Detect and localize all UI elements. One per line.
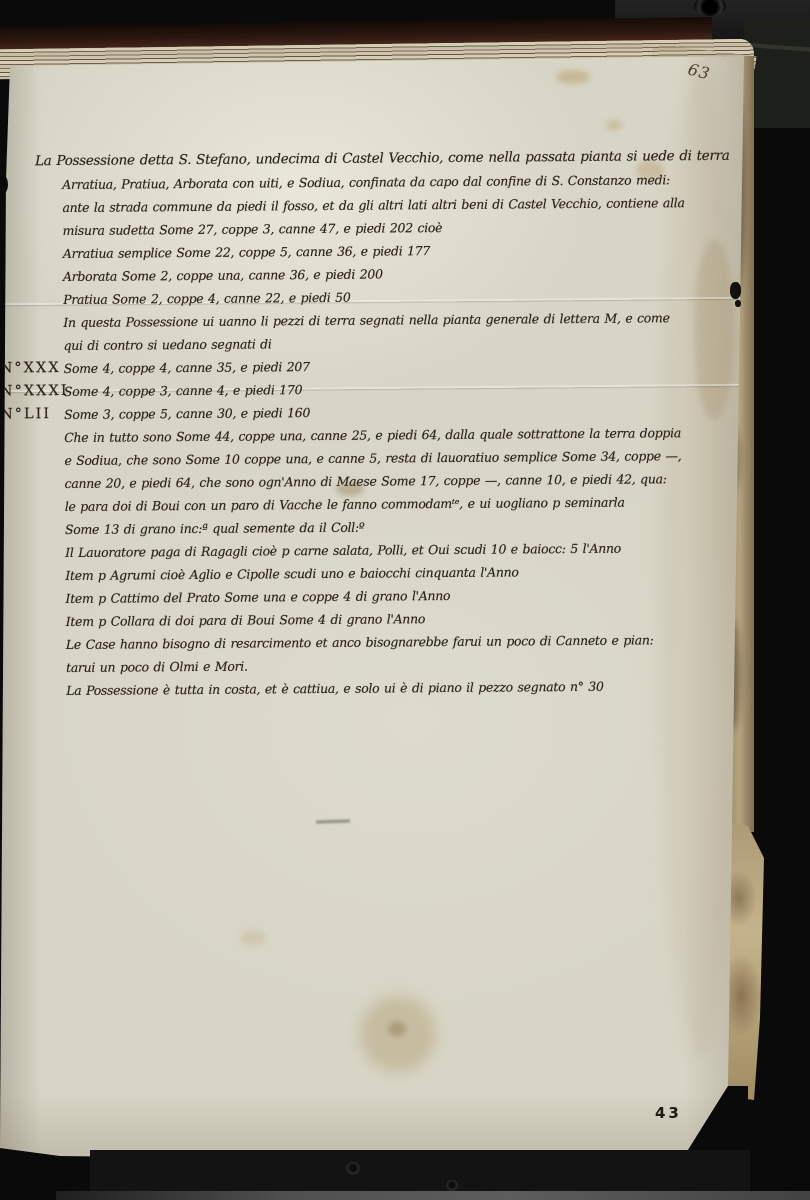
line-text: Pratiua Some 2, coppe 4, canne 22, e pie… — [63, 286, 350, 311]
line-text: Item p Collara di doi para di Boui Some … — [66, 607, 425, 633]
cradle-screw-icon — [346, 1162, 360, 1175]
binding-mark — [0, 176, 8, 193]
line-text: Item p Cattimo del Prato Some una e copp… — [65, 584, 450, 610]
line-text: Some 3, coppe 5, canne 30, e piedi 160 — [64, 401, 310, 426]
line-text: Some 4, coppe 3, canne 4, e piedi 170 — [64, 378, 303, 403]
book-cradle — [90, 1150, 750, 1196]
manuscript-photo: 63 La Possessione detta S. Stefano, unde… — [0, 0, 810, 1200]
manuscript-page: 63 La Possessione detta S. Stefano, unde… — [0, 0, 748, 1162]
line-text: qui di contro si uedano segnati di — [63, 332, 271, 357]
cradle-screw-icon — [446, 1180, 458, 1191]
line-text: tarui un poco di Olmi e Mori. — [66, 655, 248, 679]
margin-number: N°XXX — [0, 357, 61, 380]
line-text: Arborata Some 2, coppe una, canne 36, e … — [63, 262, 383, 288]
line-text: Arratiua semplice Some 22, coppe 5, cann… — [63, 239, 430, 265]
stamp-number: 43 — [655, 1104, 682, 1122]
line-text: misura sudetta Some 27, coppe 3, canne 4… — [63, 216, 443, 242]
line-text: Some 13 di grano inc:ª qual semente da i… — [65, 516, 365, 541]
margin-number: N°LII — [0, 403, 51, 426]
stain — [556, 70, 590, 84]
stain — [388, 1022, 406, 1036]
line-text: La Possessione è tutta in costa, et è ca… — [66, 675, 604, 702]
stain — [240, 930, 266, 946]
margin-number: N°XXXI — [0, 380, 69, 404]
table-front-edge — [56, 1191, 810, 1200]
line-text: Some 4, coppe 4, canne 35, e piedi 207 — [64, 355, 310, 380]
stain — [606, 120, 622, 130]
binding-mark — [0, 310, 5, 321]
text-block: La Possessione detta S. Stefano, undecim… — [62, 145, 756, 702]
manuscript-line: La Possessione è tutta in costa, et è ca… — [66, 674, 756, 702]
edge-ink-blot — [730, 282, 741, 299]
pencil-mark — [316, 819, 350, 823]
edge-ink-blot — [735, 300, 741, 307]
